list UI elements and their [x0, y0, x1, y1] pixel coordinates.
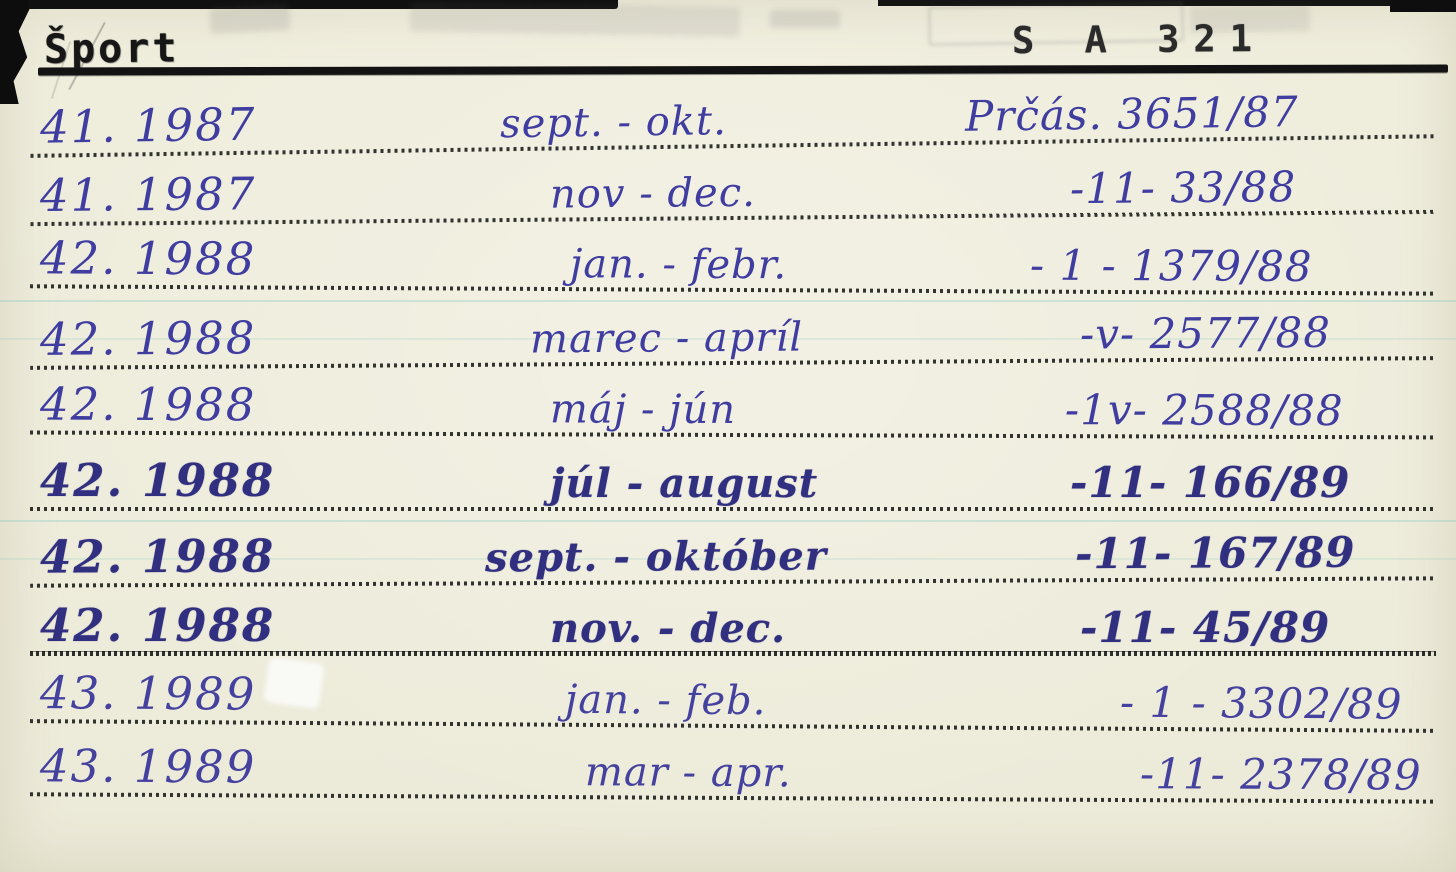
- months-range: sept. - október: [485, 533, 827, 582]
- volume-year: 41. 1987: [40, 98, 257, 154]
- months-range: jan. - febr.: [570, 241, 787, 288]
- table-row: 41. 1987 nov - dec. -11- 33/88: [30, 148, 1443, 226]
- accession-number: -1v- 2588/88: [1065, 385, 1344, 435]
- volume-year: 43. 1989: [40, 666, 257, 721]
- entries-list: 41. 1987 sept. - okt. Prčás. 3651/87 41.…: [0, 0, 1456, 872]
- accession-number: - 1 - 3302/89: [1120, 678, 1403, 729]
- accession-number: - 1 - 1379/88: [1030, 241, 1313, 291]
- accession-number: -11- 45/89: [1080, 603, 1330, 652]
- table-row: 41. 1987 sept. - okt. Prčás. 3651/87: [30, 72, 1443, 158]
- accession-number: -11- 167/89: [1075, 528, 1356, 578]
- months-range: sept. - okt.: [500, 98, 727, 147]
- months-range: máj - jún: [550, 386, 736, 433]
- table-row: 43. 1989 mar - apr. -11- 2378/89: [30, 730, 1442, 803]
- table-row: 42. 1988 marec - apríl -v- 2577/88: [30, 294, 1442, 370]
- accession-number: Prčás. 3651/87: [965, 87, 1299, 141]
- table-row: 42. 1988 júl - august -11- 166/89: [30, 445, 1442, 511]
- volume-year: 42. 1988: [40, 454, 275, 507]
- volume-year: 42. 1988: [40, 599, 275, 652]
- volume-year: 42. 1988: [40, 378, 257, 432]
- table-row: 42. 1988 máj - jún -1v- 2588/88: [30, 369, 1442, 440]
- whiteout-patch: [263, 656, 325, 709]
- table-row: 42. 1988 nov. - dec. -11- 45/89: [30, 590, 1442, 656]
- accession-number: -11- 2378/89: [1140, 749, 1422, 799]
- volume-year: 42. 1988: [40, 231, 257, 285]
- volume-year: 41. 1987: [40, 167, 257, 222]
- months-range: nov - dec.: [550, 170, 756, 218]
- accession-number: -11- 166/89: [1070, 458, 1350, 507]
- catalog-card: Šport S A 321 41. 1987 sept. - okt. Prčá…: [0, 0, 1456, 872]
- accession-number: -11- 33/88: [1070, 162, 1297, 213]
- table-row: 42. 1988 jan. - febr. - 1 - 1379/88: [30, 222, 1442, 295]
- accession-number: -v- 2577/88: [1080, 308, 1331, 359]
- months-range: jan. - feb.: [565, 677, 767, 724]
- volume-year: 42. 1988: [40, 311, 257, 366]
- volume-year: 43. 1989: [40, 739, 257, 793]
- months-range: nov. - dec.: [550, 605, 786, 652]
- months-range: marec - apríl: [530, 315, 803, 363]
- table-row: 42. 1988 sept. - október -11- 167/89: [30, 514, 1442, 587]
- months-range: júl - august: [550, 460, 818, 507]
- table-row: 43. 1989 jan. - feb. - 1 - 3302/89: [30, 657, 1442, 733]
- months-range: mar - apr.: [585, 749, 792, 796]
- volume-year: 42. 1988: [40, 529, 275, 583]
